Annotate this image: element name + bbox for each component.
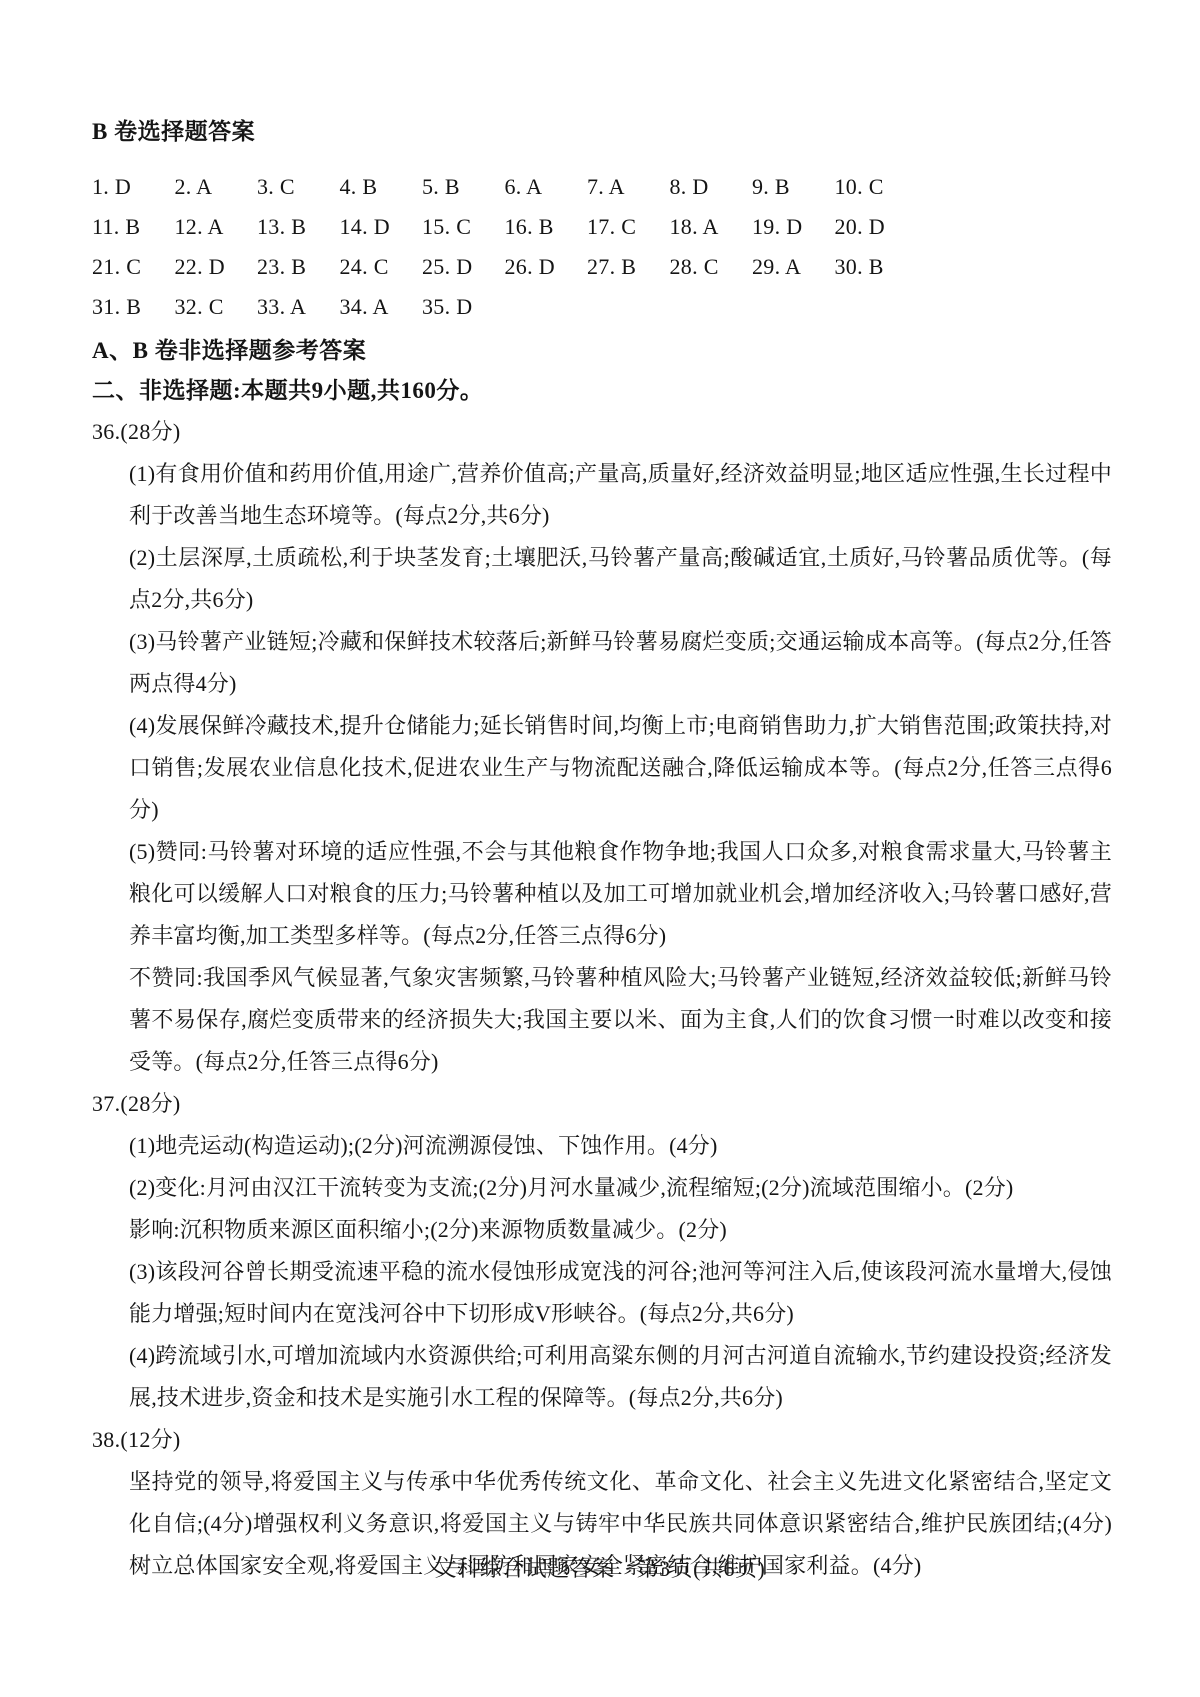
answer-item: 33. A: [257, 287, 334, 327]
answer-item: 22. D: [175, 247, 252, 287]
answer-item: 8. D: [670, 167, 747, 207]
answer-row: 21. C 22. D 23. B 24. C 25. D 26. D 27. …: [92, 247, 1112, 287]
answer-row: 1. D 2. A 3. C 4. B 5. B 6. A 7. A 8. D …: [92, 167, 1112, 207]
answer-item: 29. A: [752, 247, 829, 287]
section-b-choice-title: B 卷选择题答案: [92, 112, 1112, 152]
answer-item: 2. A: [175, 167, 252, 207]
subjective-section-title: A、B 卷非选择题参考答案: [92, 331, 1112, 371]
answer-item: 4. B: [340, 167, 417, 207]
answer-item: 19. D: [752, 207, 829, 247]
answer-item: 35. D: [422, 287, 499, 327]
question-36-answer-paragraph: (2)土层深厚,土质疏松,利于块茎发育;土壤肥沃,马铃薯产量高;酸碱适宜,土质好…: [129, 537, 1112, 621]
question-36-answer-paragraph: (4)发展保鲜冷藏技术,提升仓储能力;延长销售时间,均衡上市;电商销售助力,扩大…: [129, 705, 1112, 831]
answer-row: 11. B 12. A 13. B 14. D 15. C 16. B 17. …: [92, 207, 1112, 247]
answer-item: 18. A: [670, 207, 747, 247]
answer-item: 32. C: [175, 287, 252, 327]
answer-item: 27. B: [587, 247, 664, 287]
question-37-answer-paragraph: 影响:沉积物质来源区面积缩小;(2分)来源物质数量减少。(2分): [129, 1209, 1112, 1251]
answer-item: 15. C: [422, 207, 499, 247]
question-36-answer-paragraph: (1)有食用价值和药用价值,用途广,营养价值高;产量高,质量好,经济效益明显;地…: [129, 453, 1112, 537]
question-37-block: 37.(28分) (1)地壳运动(构造运动);(2分)河流溯源侵蚀、下蚀作用。(…: [92, 1083, 1112, 1419]
answer-item: 5. B: [422, 167, 499, 207]
answer-item: 13. B: [257, 207, 334, 247]
answer-item: 26. D: [505, 247, 582, 287]
answer-item: 24. C: [340, 247, 417, 287]
page-footer: 文科综合试题答案第3页(共6页): [0, 1548, 1200, 1590]
question-36-answer-paragraph: (3)马铃薯产业链短;冷藏和保鲜技术较落后;新鲜马铃薯易腐烂变质;交通运输成本高…: [129, 621, 1112, 705]
answer-item: 30. B: [835, 247, 912, 287]
footer-page-number: 第3页(共6页): [637, 1556, 766, 1581]
answer-row: 31. B 32. C 33. A 34. A 35. D: [92, 287, 1112, 327]
answer-sheet-page: B 卷选择题答案 1. D 2. A 3. C 4. B 5. B 6. A 7…: [0, 0, 1200, 1697]
answer-item: 28. C: [670, 247, 747, 287]
question-36-block: 36.(28分) (1)有食用价值和药用价值,用途广,营养价值高;产量高,质量好…: [92, 411, 1112, 1083]
question-37-answer-paragraph: (3)该段河谷曾长期受流速平稳的流水侵蚀形成宽浅的河谷;池河等河注入后,使该段河…: [129, 1251, 1112, 1335]
answer-item: 21. C: [92, 247, 169, 287]
question-36-answer-paragraph: 不赞同:我国季风气候显著,气象灾害频繁,马铃薯种植风险大;马铃薯产业链短,经济效…: [129, 957, 1112, 1083]
answer-item: 7. A: [587, 167, 664, 207]
question-37-answer-paragraph: (1)地壳运动(构造运动);(2分)河流溯源侵蚀、下蚀作用。(4分): [129, 1125, 1112, 1167]
answer-item: 31. B: [92, 287, 169, 327]
answer-item: 34. A: [340, 287, 417, 327]
answer-item: 10. C: [835, 167, 912, 207]
answer-item: 20. D: [835, 207, 912, 247]
answer-item: 9. B: [752, 167, 829, 207]
answer-item: 12. A: [175, 207, 252, 247]
answer-item: 6. A: [505, 167, 582, 207]
answer-item: 17. C: [587, 207, 664, 247]
answer-item: 23. B: [257, 247, 334, 287]
footer-doc-title: 文科综合试题答案: [435, 1556, 615, 1581]
answer-item: 11. B: [92, 207, 169, 247]
choice-answer-grid: 1. D 2. A 3. C 4. B 5. B 6. A 7. A 8. D …: [92, 167, 1112, 327]
question-38-number: 38.(12分): [92, 1419, 1112, 1461]
subjective-section-intro: 二、非选择题:本题共9小题,共160分。: [92, 371, 1112, 411]
answer-item: 3. C: [257, 167, 334, 207]
answer-item: 25. D: [422, 247, 499, 287]
question-37-answer-paragraph: (4)跨流域引水,可增加流域内水资源供给;可利用高粱东侧的月河古河道自流输水,节…: [129, 1335, 1112, 1419]
question-37-number: 37.(28分): [92, 1083, 1112, 1125]
question-36-number: 36.(28分): [92, 411, 1112, 453]
answer-item: 14. D: [340, 207, 417, 247]
question-37-answer-paragraph: (2)变化:月河由汉江干流转变为支流;(2分)月河水量减少,流程缩短;(2分)流…: [129, 1167, 1112, 1209]
question-36-answer-paragraph: (5)赞同:马铃薯对环境的适应性强,不会与其他粮食作物争地;我国人口众多,对粮食…: [129, 831, 1112, 957]
answer-item: 1. D: [92, 167, 169, 207]
answer-item: 16. B: [505, 207, 582, 247]
